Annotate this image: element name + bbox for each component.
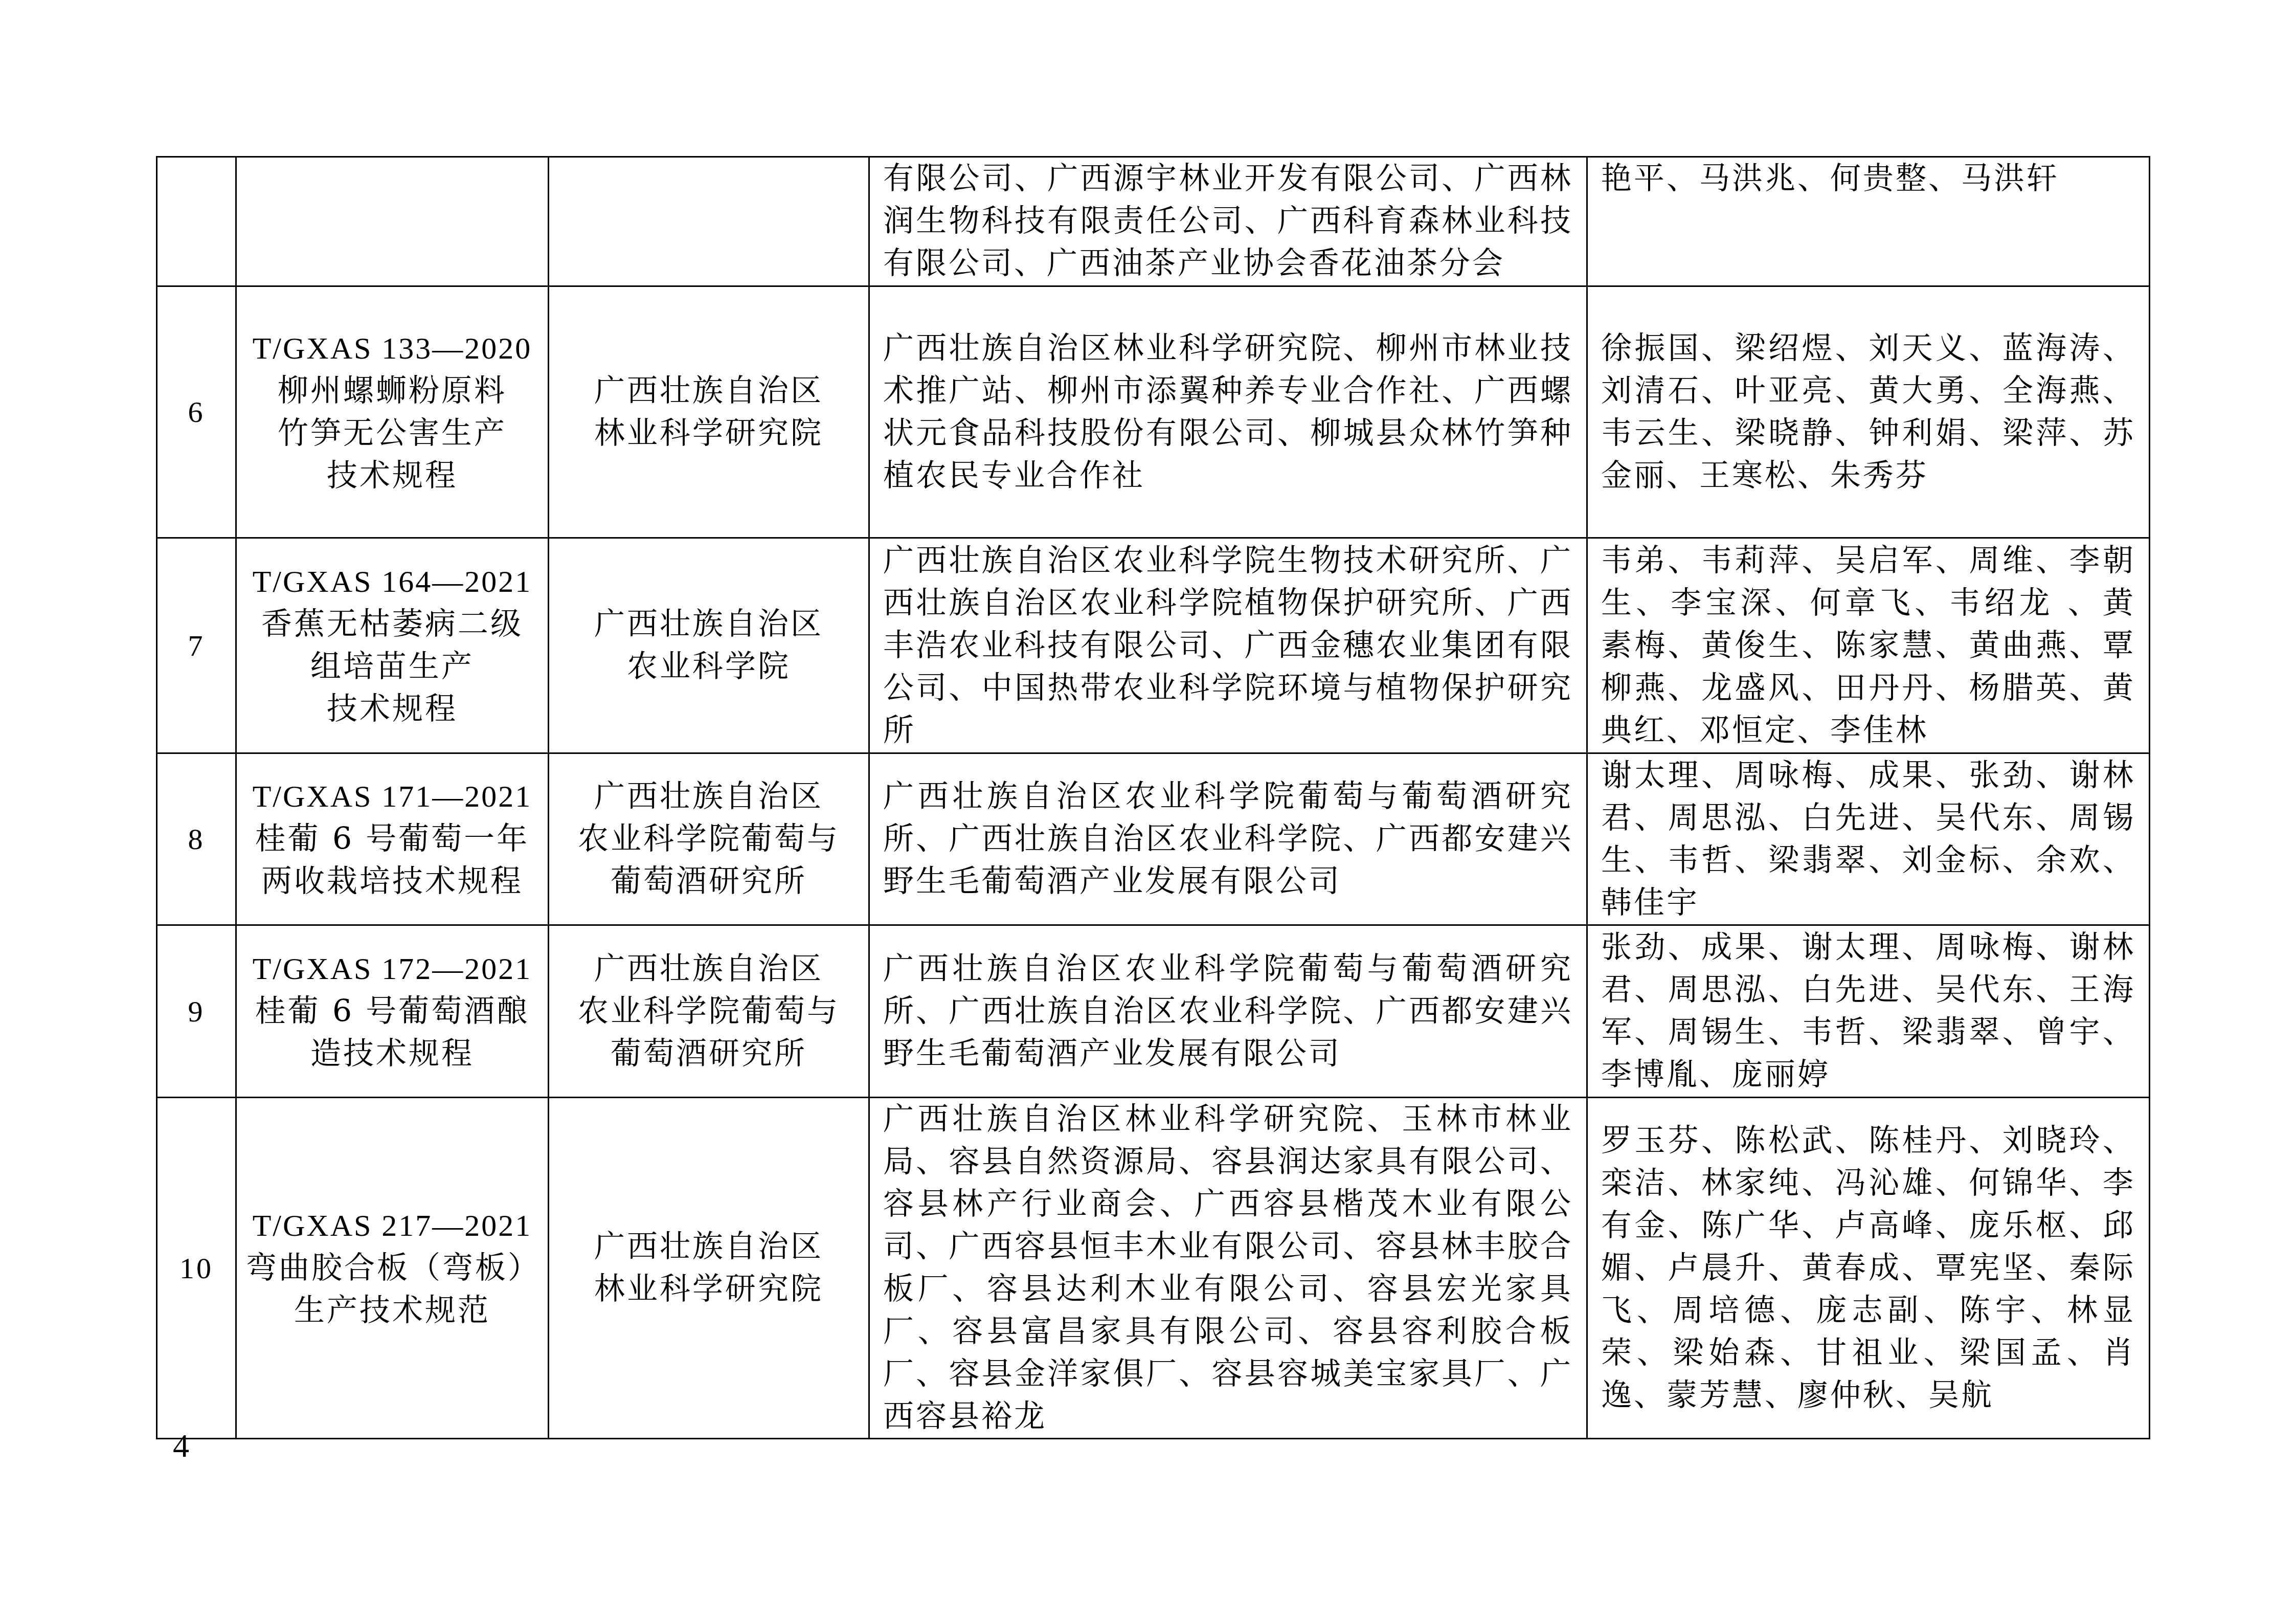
lead-organization-cell: 广西壮族自治区 农业科学院: [549, 538, 869, 753]
standard-cell: T/GXAS 171—2021 桂葡 6 号葡萄一年 两收栽培技术规程: [236, 753, 549, 925]
table-row: 7 T/GXAS 164—2021 香蕉无枯萎病二级 组培苗生产 技术规程 广西…: [157, 538, 2150, 753]
standard-code: T/GXAS 133—2020: [246, 327, 538, 370]
participating-units-cell: 广西壮族自治区农业科学院生物技术研究所、广西壮族自治区农业科学院植物保护研究所、…: [869, 538, 1587, 753]
standard-title-line: 桂葡 6 号葡萄酒酿: [246, 990, 538, 1033]
standard-cell: T/GXAS 172—2021 桂葡 6 号葡萄酒酿 造技术规程: [236, 925, 549, 1098]
participating-units-cell: 广西壮族自治区林业科学研究院、柳州市林业技术推广站、柳州市添翼种养专业合作社、广…: [869, 286, 1587, 538]
participating-units-cell: 有限公司、广西源宇林业开发有限公司、广西林润生物科技有限责任公司、广西科育森林业…: [869, 157, 1587, 286]
standard-title-line: 弯曲胶合板（弯板）: [246, 1247, 538, 1289]
standard-cell: [236, 157, 549, 286]
participating-units-cell: 广西壮族自治区农业科学院葡萄与葡萄酒研究所、广西壮族自治区农业科学院、广西都安建…: [869, 753, 1587, 925]
organization-line: 葡萄酒研究所: [558, 1033, 859, 1075]
row-number-cell: [157, 157, 236, 286]
organization-line: 广西壮族自治区: [558, 1226, 859, 1268]
drafters-cell: 谢太理、周咏梅、成果、张劲、谢林君、周思泓、白先进、吴代东、周锡生、韦哲、梁翡翠…: [1587, 753, 2150, 925]
standard-code: T/GXAS 164—2021: [246, 561, 538, 603]
organization-line: 林业科学研究院: [558, 412, 859, 455]
drafters-cell: 张劲、成果、谢太理、周咏梅、谢林君、周思泓、白先进、吴代东、王海军、周锡生、韦哲…: [1587, 925, 2150, 1098]
row-number-cell: 6: [157, 286, 236, 538]
drafters-cell: 罗玉芬、陈松武、陈桂丹、刘晓玲、栾洁、林家纯、冯沁雄、何锦华、李有金、陈广华、卢…: [1587, 1098, 2150, 1439]
standards-table: 有限公司、广西源宇林业开发有限公司、广西林润生物科技有限责任公司、广西科育森林业…: [156, 156, 2150, 1439]
drafters-cell: 徐振国、梁绍煜、刘天义、蓝海涛、刘清石、叶亚亮、黄大勇、全海燕、韦云生、梁晓静、…: [1587, 286, 2150, 538]
table-row: 9 T/GXAS 172—2021 桂葡 6 号葡萄酒酿 造技术规程 广西壮族自…: [157, 925, 2150, 1098]
standard-title-line: 两收栽培技术规程: [246, 860, 538, 903]
organization-line: 林业科学研究院: [558, 1268, 859, 1310]
table-row: 10 T/GXAS 217—2021 弯曲胶合板（弯板） 生产技术规范 广西壮族…: [157, 1098, 2150, 1439]
lead-organization-cell: 广西壮族自治区 林业科学研究院: [549, 286, 869, 538]
standard-code: T/GXAS 217—2021: [246, 1205, 538, 1247]
lead-organization-cell: 广西壮族自治区 农业科学院葡萄与 葡萄酒研究所: [549, 925, 869, 1098]
lead-organization-cell: 广西壮族自治区 林业科学研究院: [549, 1098, 869, 1439]
standard-title-line: 造技术规程: [246, 1033, 538, 1075]
standard-cell: T/GXAS 164—2021 香蕉无枯萎病二级 组培苗生产 技术规程: [236, 538, 549, 753]
standard-title-line: 桂葡 6 号葡萄一年: [246, 818, 538, 860]
standard-title-line: 竹笋无公害生产: [246, 412, 538, 455]
table-row: 有限公司、广西源宇林业开发有限公司、广西林润生物科技有限责任公司、广西科育森林业…: [157, 157, 2150, 286]
standard-title-line: 香蕉无枯萎病二级: [246, 603, 538, 646]
table-row: 8 T/GXAS 171—2021 桂葡 6 号葡萄一年 两收栽培技术规程 广西…: [157, 753, 2150, 925]
drafters-cell: 艳平、马洪兆、何贵整、马洪轩: [1587, 157, 2150, 286]
lead-organization-cell: 广西壮族自治区 农业科学院葡萄与 葡萄酒研究所: [549, 753, 869, 925]
standard-code: T/GXAS 172—2021: [246, 948, 538, 990]
standard-title-line: 柳州螺蛳粉原料: [246, 370, 538, 412]
standard-code: T/GXAS 171—2021: [246, 775, 538, 818]
organization-line: 广西壮族自治区: [558, 948, 859, 990]
row-number-cell: 10: [157, 1098, 236, 1439]
participating-units-cell: 广西壮族自治区农业科学院葡萄与葡萄酒研究所、广西壮族自治区农业科学院、广西都安建…: [869, 925, 1587, 1098]
drafters-cell: 韦弟、韦莉萍、吴启军、周维、李朝生、李宝深、何章飞、韦绍龙 、黄素梅、黄俊生、陈…: [1587, 538, 2150, 753]
row-number-cell: 9: [157, 925, 236, 1098]
organization-line: 广西壮族自治区: [558, 603, 859, 646]
table-row: 6 T/GXAS 133—2020 柳州螺蛳粉原料 竹笋无公害生产 技术规程 广…: [157, 286, 2150, 538]
organization-line: 农业科学院: [558, 646, 859, 688]
page-number: 4: [173, 1427, 189, 1465]
row-number-cell: 7: [157, 538, 236, 753]
standard-cell: T/GXAS 217—2021 弯曲胶合板（弯板） 生产技术规范: [236, 1098, 549, 1439]
lead-organization-cell: [549, 157, 869, 286]
standard-cell: T/GXAS 133—2020 柳州螺蛳粉原料 竹笋无公害生产 技术规程: [236, 286, 549, 538]
participating-units-cell: 广西壮族自治区林业科学研究院、玉林市林业局、容县自然资源局、容县润达家具有限公司…: [869, 1098, 1587, 1439]
standard-title-line: 组培苗生产: [246, 646, 538, 688]
organization-line: 广西壮族自治区: [558, 370, 859, 412]
organization-line: 农业科学院葡萄与: [558, 818, 859, 860]
organization-line: 农业科学院葡萄与: [558, 990, 859, 1033]
standard-title-line: 生产技术规范: [246, 1289, 538, 1332]
standard-title-line: 技术规程: [246, 688, 538, 730]
standard-title-line: 技术规程: [246, 455, 538, 497]
row-number-cell: 8: [157, 753, 236, 925]
organization-line: 广西壮族自治区: [558, 775, 859, 818]
organization-line: 葡萄酒研究所: [558, 860, 859, 903]
